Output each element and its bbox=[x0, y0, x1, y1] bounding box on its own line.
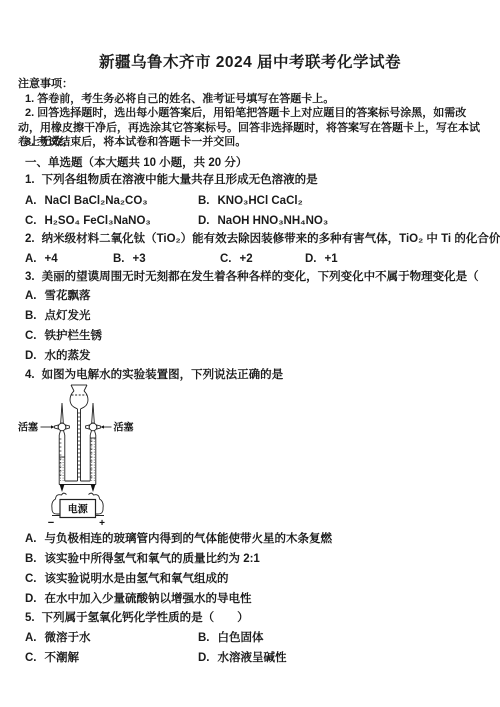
question-2-options-row: A.+4 B.+3 C.+2 D.+1 bbox=[0, 252, 500, 266]
notice-item-1: 1. 答卷前，考生务必将自己的姓名、准考证号填写在答题卡上。 bbox=[25, 92, 334, 106]
option-4b: B.该实验中所得氢气和氧气的质量比约为 2:1 bbox=[25, 552, 260, 566]
question-1-number: 1. bbox=[25, 173, 35, 187]
option-4d: D.在水中加入少量硫酸钠以增强水的导电性 bbox=[25, 592, 252, 606]
option-5b: B.白色固体 bbox=[198, 631, 264, 645]
right-arrow-icon bbox=[100, 425, 111, 428]
bottom-connector-tube bbox=[59, 481, 96, 485]
option-1b: B.KNO₃HCl CaCl₂ bbox=[198, 194, 303, 208]
option-2a: A.+4 bbox=[25, 252, 58, 266]
negative-terminal-label: − bbox=[48, 517, 54, 529]
option-2c: C.+2 bbox=[220, 252, 253, 266]
electrolysis-apparatus-diagram: 电源 − + 活塞 活塞 bbox=[18, 381, 168, 531]
question-5-stem: 5.下列属于氢氧化钙化学性质的是（ ） bbox=[25, 611, 249, 625]
left-valve-label: 活塞 bbox=[18, 421, 38, 434]
section-heading: 一、单选题（本大题共 10 小题，共 20 分） bbox=[25, 156, 247, 170]
question-3-number: 3. bbox=[25, 270, 35, 284]
thistle-funnel bbox=[70, 385, 88, 409]
option-1a: A.NaCl BaCl₂Na₂CO₃ bbox=[25, 194, 148, 208]
notice-heading: 注意事项： bbox=[18, 77, 73, 91]
question-5-options-row-2: C.不潮解 D.水溶液呈碱性 bbox=[0, 651, 500, 665]
question-3-text: 美丽的望谟周围无时无刻都在发生着各种各样的变化，下列变化中不属于物理变化是（ ） bbox=[42, 271, 500, 283]
notice-item-3: 3. 考试结束后，将本试卷和答题卡一并交回。 bbox=[25, 135, 246, 149]
option-2b: B.+3 bbox=[113, 252, 146, 266]
option-4c: C.该实验说明水是由氢气和氧气组成的 bbox=[25, 572, 229, 586]
left-arrow-icon bbox=[41, 425, 55, 428]
option-3d: D.水的蒸发 bbox=[25, 349, 91, 363]
question-5-text: 下列属于氢氧化钙化学性质的是（ ） bbox=[42, 612, 249, 624]
option-2d: D.+1 bbox=[305, 252, 338, 266]
option-1c: C.H₂SO₄ FeCl₃NaNO₃ bbox=[25, 214, 151, 228]
left-gas-tube bbox=[55, 403, 70, 485]
option-3c: C.铁护栏生锈 bbox=[25, 329, 102, 343]
option-5c: C.不潮解 bbox=[25, 651, 79, 665]
question-2-text: 纳米级材料二氧化钛（TiO₂）能有效去除因装修带来的多种有害气体，TiO₂ 中 … bbox=[42, 233, 500, 245]
question-5-options-row-1: A.微溶于水 B.白色固体 bbox=[0, 631, 500, 645]
exam-paper-page: 新疆乌鲁木齐市 2024 届中考联考化学试卷 注意事项： 1. 答卷前，考生务必… bbox=[0, 0, 500, 707]
question-1-options-row-1: A.NaCl BaCl₂Na₂CO₃ B.KNO₃HCl CaCl₂ bbox=[0, 194, 500, 208]
question-2-stem: 2.纳米级材料二氧化钛（TiO₂）能有效去除因装修带来的多种有害气体，TiO₂ … bbox=[25, 232, 500, 246]
funnel-stem bbox=[78, 409, 81, 481]
question-3-stem: 3.美丽的望谟周围无时无刻都在发生着各种各样的变化，下列变化中不属于物理变化是（… bbox=[25, 270, 500, 284]
power-supply-label: 电源 bbox=[68, 503, 89, 516]
right-valve-label: 活塞 bbox=[114, 421, 134, 434]
question-5-number: 5. bbox=[25, 611, 35, 625]
right-gas-tube bbox=[86, 403, 101, 485]
question-2-number: 2. bbox=[25, 232, 35, 246]
page-title: 新疆乌鲁木齐市 2024 届中考联考化学试卷 bbox=[0, 50, 500, 72]
option-3b: B.点灯发光 bbox=[25, 309, 91, 323]
question-4-number: 4. bbox=[25, 368, 35, 382]
option-5d: D.水溶液呈碱性 bbox=[198, 651, 287, 665]
option-5a: A.微溶于水 bbox=[25, 631, 91, 645]
question-4-text: 如图为电解水的实验装置图，下列说法正确的是 bbox=[42, 369, 284, 381]
question-1-text: 下列各组物质在溶液中能大量共存且形成无色溶液的是 bbox=[42, 174, 318, 186]
question-1-stem: 1.下列各组物质在溶液中能大量共存且形成无色溶液的是 bbox=[25, 173, 318, 187]
question-4-stem: 4.如图为电解水的实验装置图，下列说法正确的是 bbox=[25, 368, 283, 382]
option-1d: D.NaOH HNO₃NH₄NO₃ bbox=[198, 214, 328, 228]
positive-terminal-label: + bbox=[99, 518, 105, 529]
option-4a: A.与负极相连的玻璃管内得到的气体能使带火星的木条复燃 bbox=[25, 532, 332, 546]
question-1-options-row-2: C.H₂SO₄ FeCl₃NaNO₃ D.NaOH HNO₃NH₄NO₃ bbox=[0, 214, 500, 228]
option-3a: A.雪花飘落 bbox=[25, 289, 91, 303]
electrode-icons bbox=[60, 485, 96, 493]
